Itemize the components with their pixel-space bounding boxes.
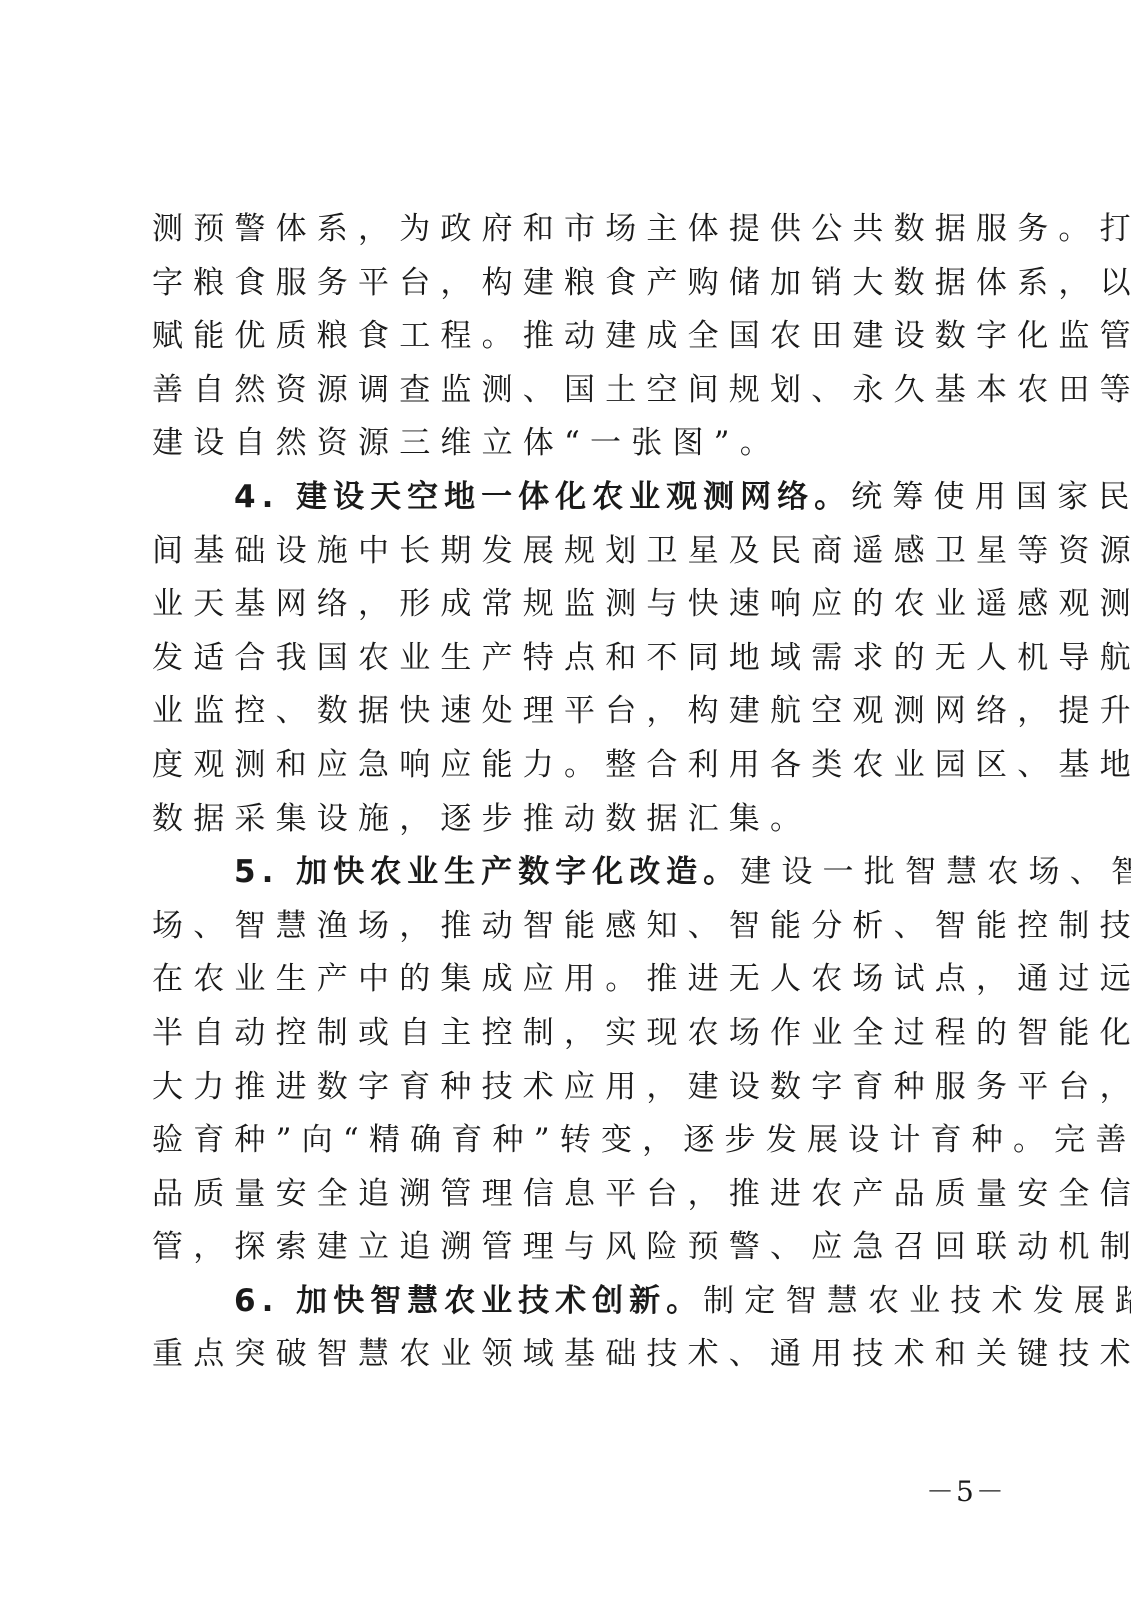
text-line: 善自然资源调查监测、国土空间规划、永久基本农田等数据库， xyxy=(152,364,988,418)
section-heading-6: 6. 加快智慧农业技术创新。 xyxy=(234,1283,703,1319)
text-line: 字粮食服务平台，构建粮食产购储加销大数据体系，以数字技术 xyxy=(152,257,988,311)
text-line: 数据采集设施，逐步推动数据汇集。 xyxy=(152,793,988,847)
text-line-first: 4. 建设天空地一体化农业观测网络。统筹使用国家民用空 xyxy=(152,471,988,525)
text-line: 半自动控制或自主控制，实现农场作业全过程的智能化、无人化。 xyxy=(152,1007,988,1061)
paragraph-continuation: 测预警体系，为政府和市场主体提供公共数据服务。打造惠农数 字粮食服务平台，构建粮… xyxy=(152,203,992,471)
text-line: 品质量安全追溯管理信息平台，推进农产品质量安全信息化监 xyxy=(152,1168,988,1222)
document-page: 测预警体系，为政府和市场主体提供公共数据服务。打造惠农数 字粮食服务平台，构建粮… xyxy=(152,203,992,1382)
paragraph-item-5: 5. 加快农业生产数字化改造。建设一批智慧农场、智慧牧 场、智慧渔场，推动智能感… xyxy=(152,846,992,1275)
text-line: 验育种”向“精确育种”转变，逐步发展设计育种。完善国家农产 xyxy=(152,1114,988,1168)
text-line-first: 6. 加快智慧农业技术创新。制定智慧农业技术发展路线图， xyxy=(152,1275,988,1329)
text-line: 重点突破智慧农业领域基础技术、通用技术和关键技术，超前布 xyxy=(152,1328,988,1382)
section-heading-5: 5. 加快农业生产数字化改造。 xyxy=(234,854,740,890)
text-span: 制定智慧农业技术发展路线图， xyxy=(703,1283,1131,1319)
text-line: 发适合我国农业生产特点和不同地域需求的无人机导航飞控、作 xyxy=(152,632,988,686)
paragraph-item-6: 6. 加快智慧农业技术创新。制定智慧农业技术发展路线图， 重点突破智慧农业领域基… xyxy=(152,1275,992,1382)
text-line-first: 5. 加快农业生产数字化改造。建设一批智慧农场、智慧牧 xyxy=(152,846,988,900)
text-line: 大力推进数字育种技术应用，建设数字育种服务平台，加快“经 xyxy=(152,1061,988,1115)
text-line: 测预警体系，为政府和市场主体提供公共数据服务。打造惠农数 xyxy=(152,203,988,257)
text-line: 在农业生产中的集成应用。推进无人农场试点，通过远程控制、 xyxy=(152,953,988,1007)
paragraph-item-4: 4. 建设天空地一体化农业观测网络。统筹使用国家民用空 间基础设施中长期发展规划… xyxy=(152,471,992,846)
page-number: －5－ xyxy=(926,1470,1006,1510)
text-line: 管，探索建立追溯管理与风险预警、应急召回联动机制。 xyxy=(152,1221,988,1275)
text-line: 业监控、数据快速处理平台，构建航空观测网络，提升区域高精 xyxy=(152,685,988,739)
text-line: 度观测和应急响应能力。整合利用各类农业园区、基地的物联网 xyxy=(152,739,988,793)
text-line: 建设自然资源三维立体“一张图”。 xyxy=(152,417,988,471)
section-heading-4: 4. 建设天空地一体化农业观测网络。 xyxy=(234,479,851,515)
text-line: 间基础设施中长期发展规划卫星及民商遥感卫星等资源，构建农 xyxy=(152,525,988,579)
text-span: 建设一批智慧农场、智慧牧 xyxy=(740,854,1131,890)
text-line: 场、智慧渔场，推动智能感知、智能分析、智能控制技术与装备 xyxy=(152,900,988,954)
text-line: 赋能优质粮食工程。推动建成全国农田建设数字化监管平台，完 xyxy=(152,310,988,364)
text-span: 统筹使用国家民用空 xyxy=(851,479,1131,515)
text-line: 业天基网络，形成常规监测与快速响应的农业遥感观测能力。开 xyxy=(152,578,988,632)
